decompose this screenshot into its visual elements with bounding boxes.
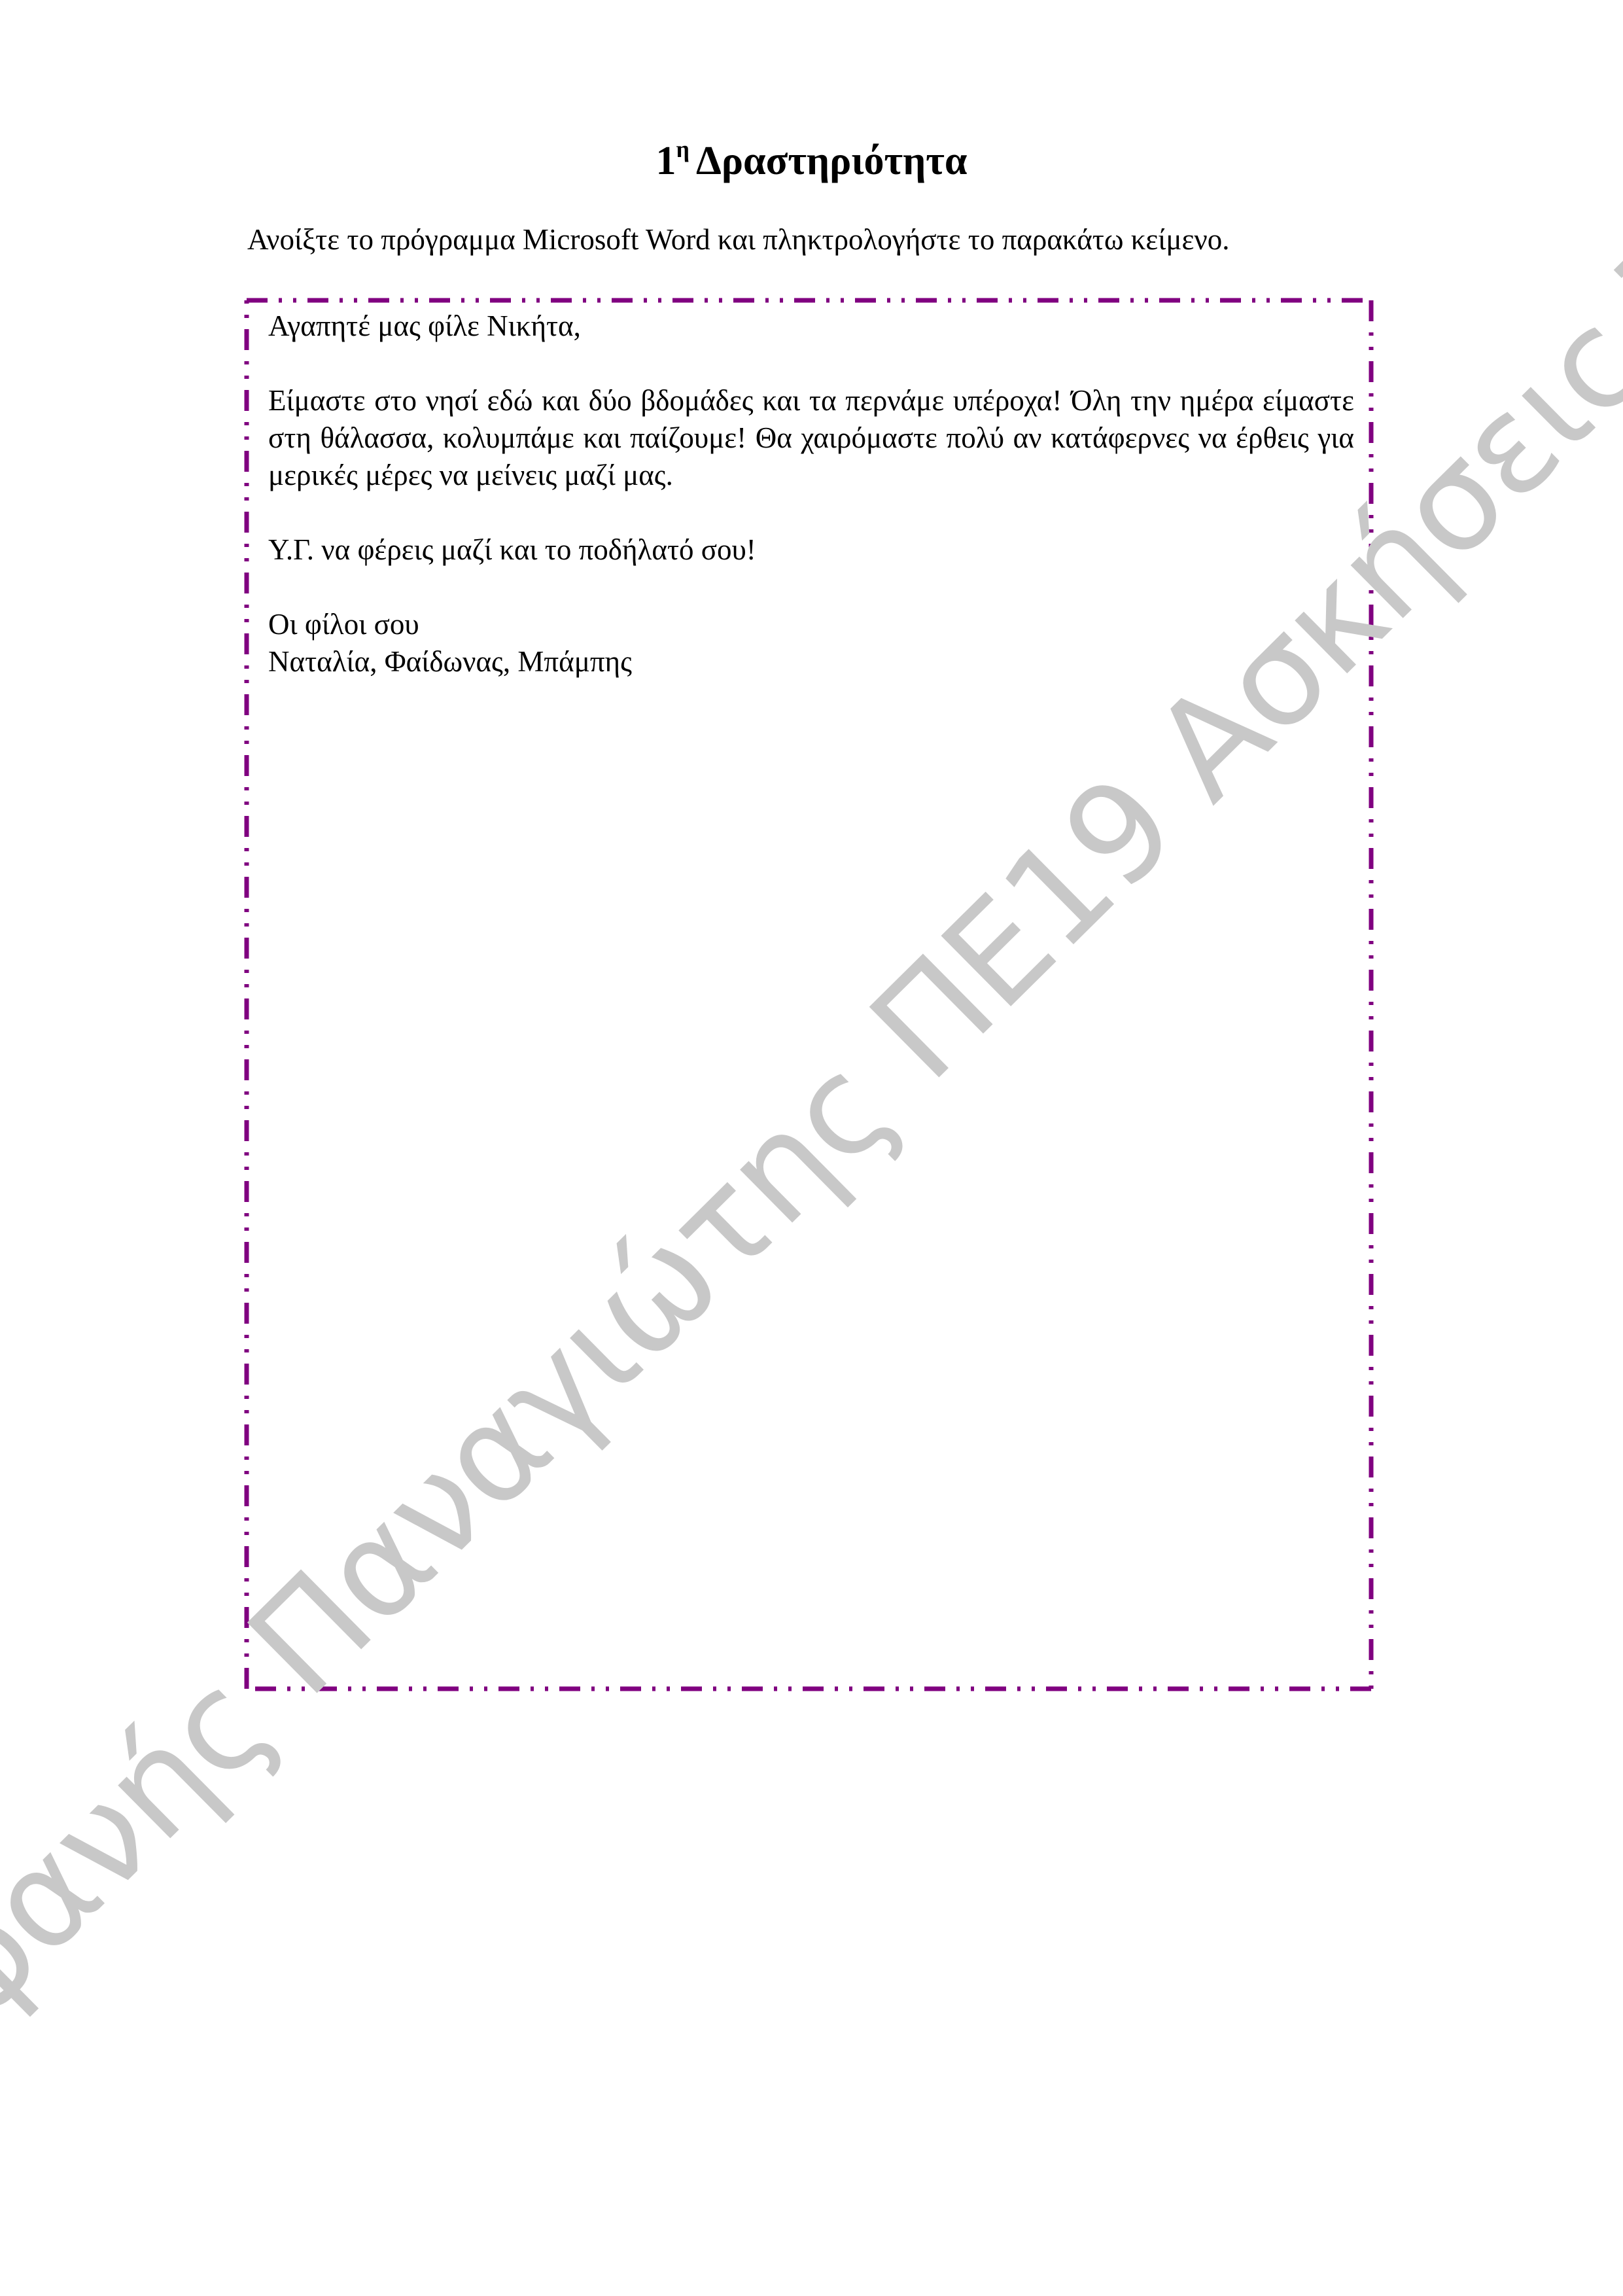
letter-postscript: Υ.Γ. να φέρεις μαζί και το ποδήλατό σου! xyxy=(268,531,1354,569)
letter-closing: Οι φίλοι σου xyxy=(268,606,1354,643)
page-title: 1ηΔραστηριότητα xyxy=(0,123,1623,187)
letter-content: Αγαπητέ μας φίλε Νικήτα, Είμαστε στο νησ… xyxy=(268,308,1354,680)
letter-greeting: Αγαπητέ μας φίλε Νικήτα, xyxy=(268,308,1354,345)
letter-signatures: Ναταλία, Φαίδωνας, Μπάμπης xyxy=(268,643,1354,680)
title-text: Δραστηριότητα xyxy=(696,139,968,183)
letter-body: Είμαστε στο νησί εδώ και δύο βδομάδες κα… xyxy=(268,382,1354,494)
title-superscript: η xyxy=(676,136,689,162)
instruction-text: Ανοίξτε το πρόγραμμα Microsoft Word και … xyxy=(247,220,1230,259)
title-number: 1 xyxy=(656,139,676,183)
